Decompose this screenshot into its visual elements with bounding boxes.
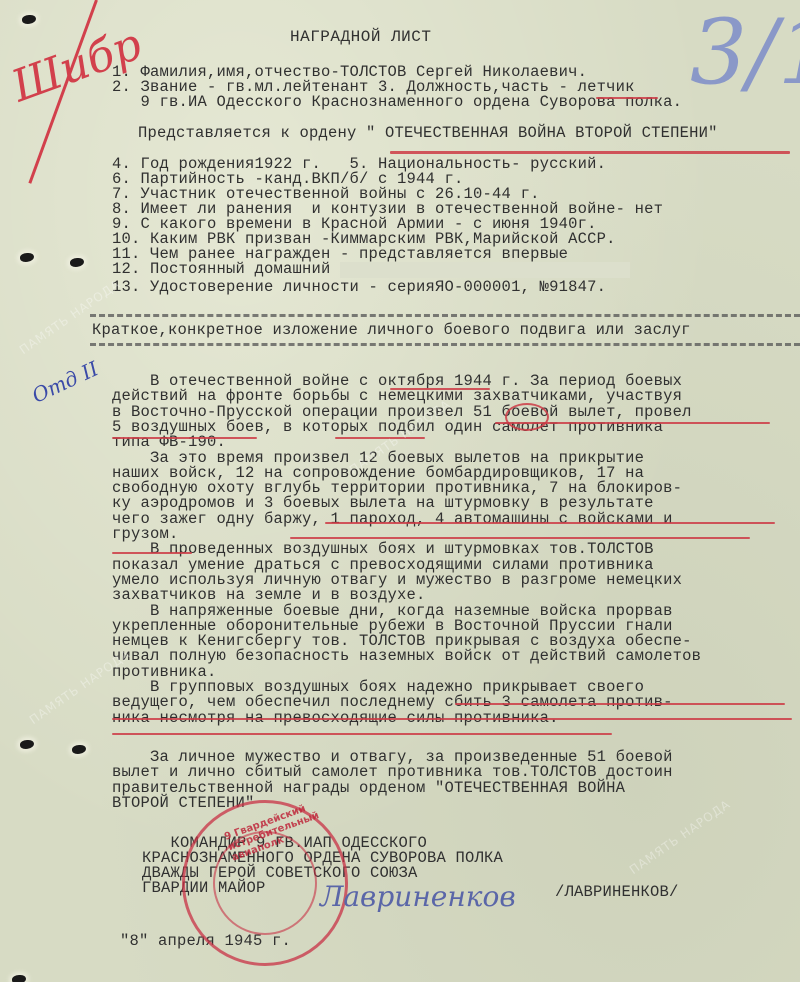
detail-13: 13. Удостоверение личности - серияЯО-000… bbox=[112, 280, 606, 295]
nomination-line: Представляется к ордену " ОТЕЧЕСТВЕННАЯ … bbox=[138, 126, 718, 141]
text-line: захватчиков на земле и в воздухе. bbox=[112, 588, 426, 603]
divider-top bbox=[90, 314, 800, 317]
punch-hole bbox=[70, 258, 84, 267]
punch-hole bbox=[72, 745, 86, 754]
watermark: ПАМЯТЬ НАРОДА bbox=[627, 797, 733, 877]
text-line: чего зажег одну баржу, 1 пароход, 4 авто… bbox=[112, 512, 673, 527]
circled-51 bbox=[505, 403, 549, 431]
handwritten-top-right: 3/1 bbox=[690, 0, 800, 105]
redacted-area bbox=[340, 262, 630, 278]
handwritten-margin-note: Отд II bbox=[28, 356, 102, 407]
section-heading: Краткое,конкретное изложение личного бое… bbox=[92, 323, 691, 338]
document-title: НАГРАДНОЙ ЛИСТ bbox=[290, 30, 431, 45]
signer-name: /ЛАВРИНЕНКОВ/ bbox=[555, 885, 679, 900]
divider-bottom bbox=[90, 343, 800, 346]
punch-hole bbox=[20, 253, 34, 262]
punch-hole bbox=[22, 15, 36, 24]
document-page: НАГРАДНОЙ ЛИСТ 1. Фамилия,имя,отчество-Т… bbox=[0, 0, 800, 982]
handwritten-signature: Лавриненков bbox=[320, 880, 516, 913]
punch-hole bbox=[12, 975, 26, 982]
punch-hole bbox=[20, 740, 34, 749]
